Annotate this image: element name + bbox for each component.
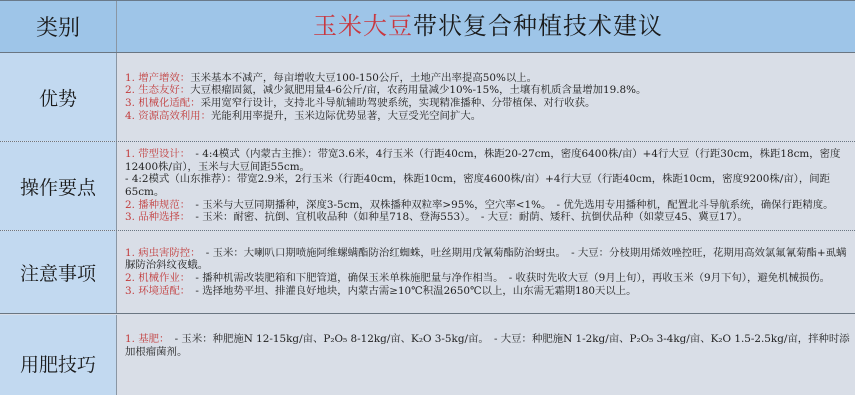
- category-cell: 注意事项: [0, 231, 117, 313]
- category-label: 用肥技巧: [20, 350, 96, 360]
- item-keyword: 播种规范：: [138, 199, 185, 211]
- item-text: 大豆根瘤固氮，减少氮肥用量4-6公斤/亩，农药用量减少10%-15%，土壤有机质…: [190, 84, 646, 96]
- category-cell: 用肥技巧: [0, 315, 117, 360]
- item-text: 光能利用率提升，玉米边际优势显著，大豆受光空间扩大。: [211, 110, 481, 122]
- item-keyword: 机械作业：: [138, 272, 185, 284]
- header-title-cell: 玉米大豆带状复合种植技术建议: [117, 1, 855, 52]
- list-item: 1. 基肥： - 玉米：种肥施N 12-15kg/亩、P₂O₅ 8-12kg/亩…: [125, 333, 851, 358]
- list-item: 1. 增产增效：玉米基本不减产，每亩增收大豆100-150公斤，土地产出率提高5…: [125, 72, 851, 85]
- title-accent: 玉米大豆: [313, 12, 413, 40]
- item-number: 4.: [125, 110, 135, 122]
- item-text: - 选择地势平坦、排灌良好地块，内蒙古需≥10℃积温2650℃以上，山东需无霜期…: [185, 285, 637, 297]
- item-number: 3.: [125, 285, 135, 297]
- item-number: 1.: [125, 72, 135, 84]
- list-item: 1. 带型设计： - 4:4模式（内蒙古主推）：带宽3.6米，4行玉米（行距40…: [125, 148, 851, 173]
- list-item: - 4:2模式（山东推荐）：带宽2.9米，2行玉米（行距40cm，株距10cm，…: [125, 173, 851, 198]
- item-number: 1.: [125, 333, 135, 345]
- list-item: 3. 环境适配： - 选择地势平坦、排灌良好地块，内蒙古需≥10℃积温2650℃…: [125, 285, 851, 298]
- item-text: - 播种机需改装肥箱和下肥管道，确保玉米单株施肥量与净作相当。 - 收获时先收大…: [185, 272, 830, 284]
- list-item: 3. 品种选择： - 玉米：耐密、抗倒、宜机收品种（如种星718、登海553）。…: [125, 211, 851, 224]
- item-text: 玉米基本不减产，每亩增收大豆100-150公斤，土地产出率提高50%以上。: [190, 72, 537, 84]
- category-label: 注意事项: [20, 259, 96, 286]
- list-item: 3. 机械化适配：采用宽窄行设计，支持北斗导航辅助驾驶系统，实现精准播种、分带植…: [125, 97, 851, 110]
- table-header-row: 类别 玉米大豆带状复合种植技术建议: [0, 1, 855, 53]
- item-keyword: 病虫害防控：: [138, 247, 195, 259]
- item-text: 采用宽窄行设计，支持北斗导航辅助驾驶系统，实现精准播种、分带植保、对行收获。: [201, 97, 596, 109]
- list-item: 2. 机械作业： - 播种机需改装肥箱和下肥管道，确保玉米单株施肥量与净作相当。…: [125, 272, 851, 285]
- content-cell: 1. 基肥： - 玉米：种肥施N 12-15kg/亩、P₂O₅ 8-12kg/亩…: [117, 315, 855, 360]
- table-row-operation-points: 操作要点 1. 带型设计： - 4:4模式（内蒙古主推）：带宽3.6米，4行玉米…: [0, 142, 855, 231]
- item-keyword: 生态友好：: [138, 84, 190, 96]
- content-cell: 1. 病虫害防控： - 玉米：大喇叭口期喷施阿维螺螨酯防治红蜘蛛，吐丝期用戊氰菊…: [117, 231, 855, 313]
- item-keyword: 品种选择：: [138, 211, 185, 223]
- planting-advice-table: 类别 玉米大豆带状复合种植技术建议 优势 1. 增产增效：玉米基本不减产，每亩增…: [0, 0, 855, 360]
- list-item: 4. 资源高效利用：光能利用率提升，玉米边际优势显著，大豆受光空间扩大。: [125, 110, 851, 123]
- item-text: - 玉米：耐密、抗倒、宜机收品种（如种星718、登海553）。 - 大豆：耐荫、…: [185, 211, 748, 223]
- title-rest: 带状复合种植技术建议: [413, 12, 663, 40]
- item-keyword: 环境适配：: [138, 285, 185, 297]
- item-keyword: 带型设计：: [138, 148, 185, 160]
- item-text: - 4:4模式（内蒙古主推）：带宽3.6米，4行玉米（行距40cm，株距20-2…: [125, 148, 840, 173]
- item-keyword: 增产增效：: [138, 72, 190, 84]
- item-text: - 玉米与大豆同期播种，深度3-5cm，双株播种双粒率>95%，空穴率<1%。 …: [185, 199, 834, 211]
- list-item: 2. 播种规范： - 玉米与大豆同期播种，深度3-5cm，双株播种双粒率>95%…: [125, 199, 851, 212]
- category-label: 操作要点: [20, 173, 96, 200]
- item-number: 3.: [125, 97, 135, 109]
- item-keyword: 资源高效利用：: [138, 110, 211, 122]
- table-row-advantages: 优势 1. 增产增效：玉米基本不减产，每亩增收大豆100-150公斤，土地产出率…: [0, 53, 855, 142]
- list-item: 2. 生态友好：大豆根瘤固氮，减少氮肥用量4-6公斤/亩，农药用量减少10%-1…: [125, 84, 851, 97]
- item-number: 2.: [125, 84, 135, 96]
- item-number: 1.: [125, 148, 135, 160]
- list-item: 1. 病虫害防控： - 玉米：大喇叭口期喷施阿维螺螨酯防治红蜘蛛，吐丝期用戊氰菊…: [125, 247, 851, 272]
- category-label: 优势: [39, 84, 77, 111]
- item-number: 2.: [125, 272, 135, 284]
- category-cell: 优势: [0, 53, 117, 141]
- header-category-label: 类别: [36, 11, 80, 42]
- table-row-fertilizer-tips: 用肥技巧 1. 基肥： - 玉米：种肥施N 12-15kg/亩、P₂O₅ 8-1…: [0, 315, 855, 360]
- category-cell: 操作要点: [0, 142, 117, 230]
- content-cell: 1. 带型设计： - 4:4模式（内蒙古主推）：带宽3.6米，4行玉米（行距40…: [117, 142, 855, 230]
- item-number: 2.: [125, 199, 135, 211]
- item-text: - 玉米：种肥施N 12-15kg/亩、P₂O₅ 8-12kg/亩、K₂O 3-…: [125, 333, 850, 358]
- content-cell: 1. 增产增效：玉米基本不减产，每亩增收大豆100-150公斤，土地产出率提高5…: [117, 53, 855, 141]
- item-text: - 玉米：大喇叭口期喷施阿维螺螨酯防治红蜘蛛，吐丝期用戊氰菊酯防治蚜虫。 - 大…: [125, 247, 846, 272]
- item-keyword: 基肥：: [138, 333, 164, 345]
- table-row-precautions: 注意事项 1. 病虫害防控： - 玉米：大喇叭口期喷施阿维螺螨酯防治红蜘蛛，吐丝…: [0, 231, 855, 314]
- item-number: 3.: [125, 211, 135, 223]
- item-text: - 4:2模式（山东推荐）：带宽2.9米，2行玉米（行距40cm，株距10cm，…: [125, 173, 830, 198]
- item-keyword: 机械化适配：: [138, 97, 200, 109]
- page-title: 玉米大豆带状复合种植技术建议: [313, 20, 663, 33]
- item-number: 1.: [125, 247, 135, 259]
- header-category-cell: 类别: [0, 1, 117, 52]
